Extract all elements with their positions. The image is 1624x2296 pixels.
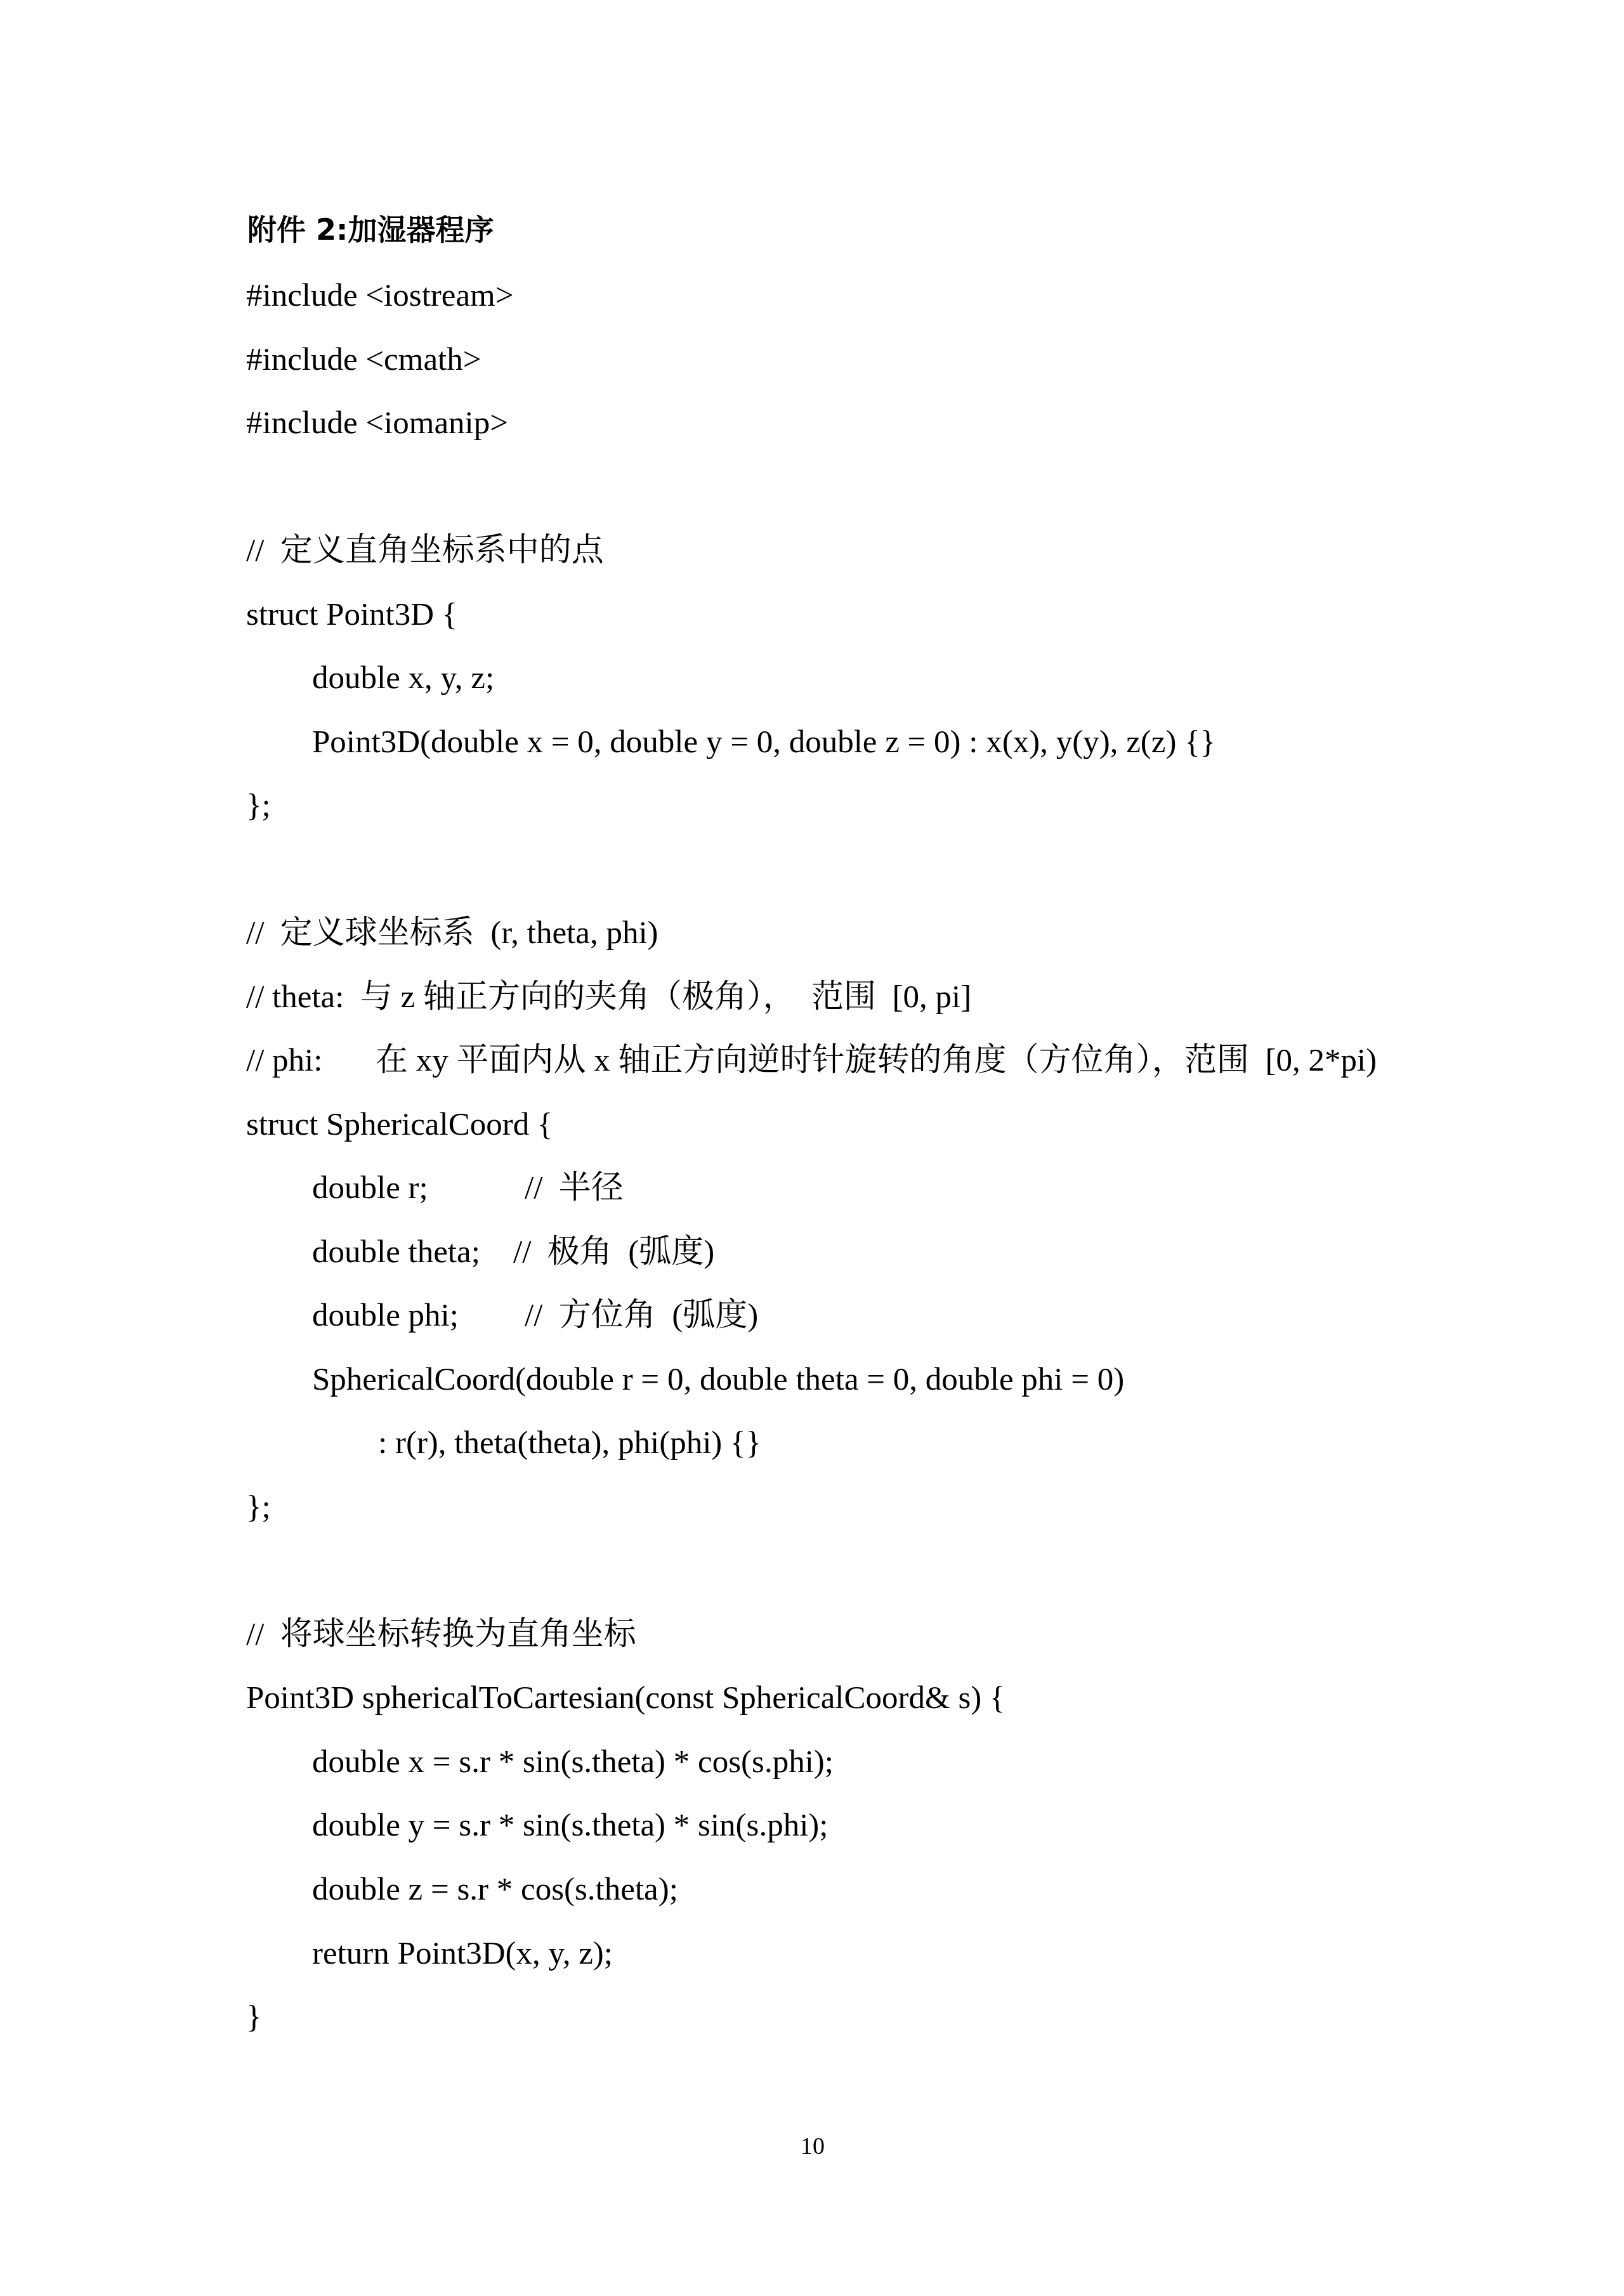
code-line-spherical-constructor: SphericalCoord(double r = 0, double thet… xyxy=(312,1360,1124,1399)
code-line-member-theta: double theta; // 极角 (弧度) xyxy=(0,1233,32,1271)
comment: // 方位角 (弧度) xyxy=(525,1296,758,1334)
code-line-initializer-list: : r(r), theta(theta), phi(phi) {} xyxy=(378,1424,761,1462)
code-line-struct-end: }; xyxy=(246,786,271,825)
code-line-point-members: double x, y, z; xyxy=(312,659,494,697)
page-number: 10 xyxy=(801,2134,825,2159)
attachment-title: 附件 2:加湿器程序 xyxy=(247,211,494,249)
code-line-compute-x: double x = s.r * sin(s.theta) * cos(s.ph… xyxy=(312,1743,834,1781)
comment-phi-prefix: // phi: xyxy=(246,1041,322,1080)
comment-phi-text: 在 xy 平面内从 x 轴正方向逆时针旋转的角度（方位角），范围 [0, 2*p… xyxy=(376,1041,1377,1080)
comment: // 半径 xyxy=(525,1169,624,1207)
code-line-struct-point3d: struct Point3D { xyxy=(246,596,457,634)
comment-define-point: // 定义直角坐标系中的点 xyxy=(246,532,604,570)
comment: // 极角 (弧度) xyxy=(513,1233,714,1271)
comment-theta: // theta: 与 z 轴正方向的夹角（极角）， 范围 [0, pi] xyxy=(246,978,971,1016)
code-line-compute-z: double z = s.r * cos(s.theta); xyxy=(312,1870,678,1908)
code-line-struct-end: }; xyxy=(246,1488,271,1526)
code: double r; xyxy=(312,1169,428,1207)
code-line-return: return Point3D(x, y, z); xyxy=(312,1934,613,1973)
code-line-point-constructor: Point3D(double x = 0, double y = 0, doub… xyxy=(312,723,1215,761)
comment-phi: // phi: 在 xy 平面内从 x 轴正方向逆时针旋转的角度（方位角），范围… xyxy=(0,1041,32,1080)
comment-convert: // 将球坐标转换为直角坐标 xyxy=(246,1615,636,1654)
comment-define-spherical: // 定义球坐标系 (r, theta, phi) xyxy=(246,914,658,952)
code-line-include-cmath: #include <cmath> xyxy=(246,341,481,379)
document-page: 附件 2:加湿器程序 #include <iostream> #include … xyxy=(0,0,1624,2296)
code-line-function-signature: Point3D sphericalToCartesian(const Spher… xyxy=(246,1679,1005,1717)
code-line-compute-y: double y = s.r * sin(s.theta) * sin(s.ph… xyxy=(312,1806,828,1844)
code-line-function-end: } xyxy=(246,1998,261,2036)
code: double theta; xyxy=(312,1233,480,1271)
code-line-struct-spherical: struct SphericalCoord { xyxy=(246,1106,553,1144)
code: double phi; xyxy=(312,1296,459,1334)
code-line-member-r: double r; // 半径 xyxy=(0,1169,32,1207)
code-line-include-iostream: #include <iostream> xyxy=(246,277,514,315)
code-line-include-iomanip: #include <iomanip> xyxy=(246,404,508,442)
code-line-member-phi: double phi; // 方位角 (弧度) xyxy=(0,1296,32,1334)
